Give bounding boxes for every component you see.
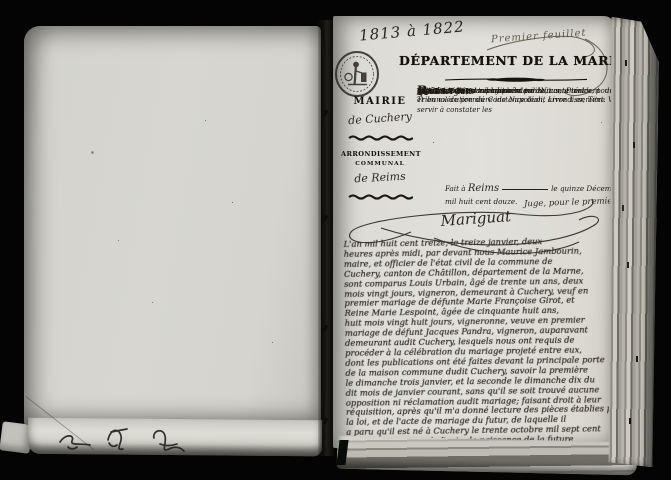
handwritten-act-body: L'an mil huit cent treize, le treize jan… xyxy=(344,236,614,448)
right-page-bottom-edges xyxy=(337,436,638,476)
signature: Mariguat xyxy=(439,207,513,230)
communal-label: COMMUNAL xyxy=(341,161,419,167)
official-seal-icon xyxy=(334,50,380,98)
page-fore-edges xyxy=(607,17,660,467)
scanned-register-spread: 1813 à 1822 Premier feuillet DÉPARTEMENT… xyxy=(0,0,671,480)
book-gutter xyxy=(318,20,334,456)
mairie-label: MAIRIE xyxy=(341,96,419,107)
paper-specks xyxy=(0,0,1,1)
left-page xyxy=(24,26,321,424)
binding-stitch xyxy=(323,110,328,117)
title-ornament-rule xyxy=(443,75,589,84)
fill-rule xyxy=(502,189,548,190)
right-page: 1813 à 1822 Premier feuillet DÉPARTEMENT… xyxy=(333,16,614,448)
divider-flourish xyxy=(347,134,413,141)
mairie-commune: de Cuchery xyxy=(341,109,420,127)
binding-stitch xyxy=(323,418,328,425)
binding-stitch xyxy=(323,325,328,332)
handwritten-date-range: 1813 à 1822 xyxy=(358,17,465,44)
arrondissement-label: ARRONDISSEMENT xyxy=(341,150,419,158)
arrondissement-commune: de Reims xyxy=(341,169,420,186)
document-title: DÉPARTEMENT DE LA MARNE. xyxy=(399,53,611,68)
margin-column: MAIRIE de Cuchery ARRONDISSEMENT COMMUNA… xyxy=(341,96,419,200)
binding-stitch xyxy=(323,215,328,222)
ink-smudges xyxy=(52,419,212,455)
